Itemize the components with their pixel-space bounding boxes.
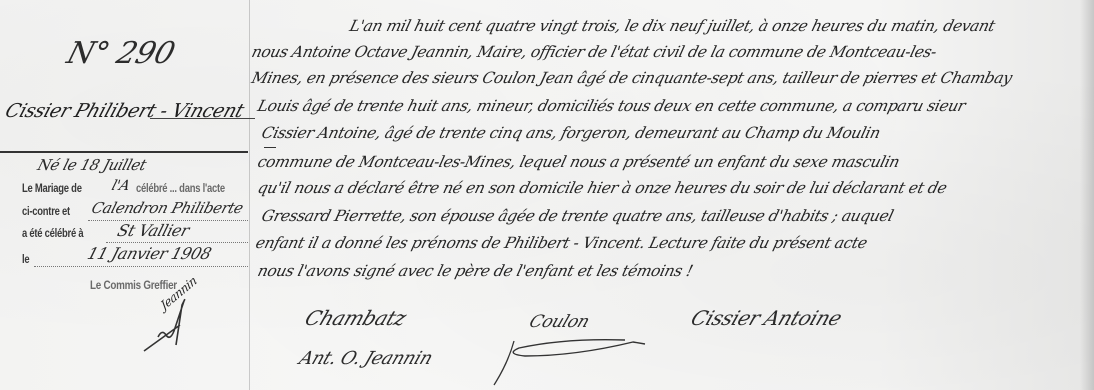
coulon-flourish-icon bbox=[505, 330, 655, 360]
marriage-place: St Vallier bbox=[115, 221, 191, 240]
marriage-date: 11 Janvier 1908 bbox=[85, 244, 213, 263]
body-line-6: commune de Montceau-les-Mines, lequel no… bbox=[256, 153, 902, 171]
stamp-handwritten-1: l'A bbox=[110, 178, 132, 194]
greffier-paraph-icon bbox=[140, 295, 220, 355]
birth-record-page: N° 290 Cissier Philibert - Vincent Né le… bbox=[0, 0, 1094, 390]
stamp-marriage-prefix: Le Mariage de bbox=[22, 183, 82, 195]
body-line-3: Mines, en présence des sieurs Coulon Jea… bbox=[250, 69, 1014, 87]
body-margin-mark bbox=[264, 147, 276, 148]
signature-witness-2: Coulon bbox=[526, 312, 592, 332]
stamp-contre-prefix: ci-contre et bbox=[22, 206, 70, 218]
birth-date-note: Né le 18 Juillet bbox=[35, 156, 148, 174]
record-number: N° 290 bbox=[63, 36, 179, 71]
marriage-date-line bbox=[34, 266, 248, 267]
body-line-4: Louis âgé de trente huit ans, mineur, do… bbox=[256, 97, 967, 115]
signature-mayor: Ant. O. Jeannin bbox=[296, 348, 435, 369]
body-line-8: Gressard Pierrette, son épouse âgée de t… bbox=[260, 207, 895, 225]
stamp-marriage-suffix: célébré ... dans l'acte bbox=[136, 183, 225, 195]
body-line-10: nous l'avons signé avec le père de l'enf… bbox=[256, 262, 695, 280]
name-underline bbox=[150, 118, 255, 119]
body-line-2: nous Antoine Octave Jeannin, Maire, offi… bbox=[250, 43, 939, 61]
signature-father: Cissier Antoine bbox=[688, 306, 846, 330]
margin-section-divider bbox=[0, 151, 248, 153]
body-line-9: enfant il a donné les prénoms de Philibe… bbox=[254, 234, 869, 252]
commis-greffier-label: Le Commis Greffier bbox=[90, 278, 177, 292]
mayor-flourish-icon bbox=[480, 335, 520, 390]
spouse-name: Calendron Philiberte bbox=[89, 199, 245, 217]
stamp-date-prefix: le bbox=[22, 254, 29, 266]
marriage-place-line bbox=[106, 242, 248, 243]
body-line-7: qu'il nous a déclaré être né en son domi… bbox=[256, 179, 949, 197]
body-line-1: L'an mil huit cent quatre vingt trois, l… bbox=[348, 17, 997, 35]
stamp-celebrated-prefix: a été célébré à bbox=[22, 228, 83, 240]
signature-witness-1: Chambatz bbox=[302, 306, 410, 330]
body-line-5: Cissier Antoine, âgé de trente cinq ans,… bbox=[260, 124, 882, 142]
